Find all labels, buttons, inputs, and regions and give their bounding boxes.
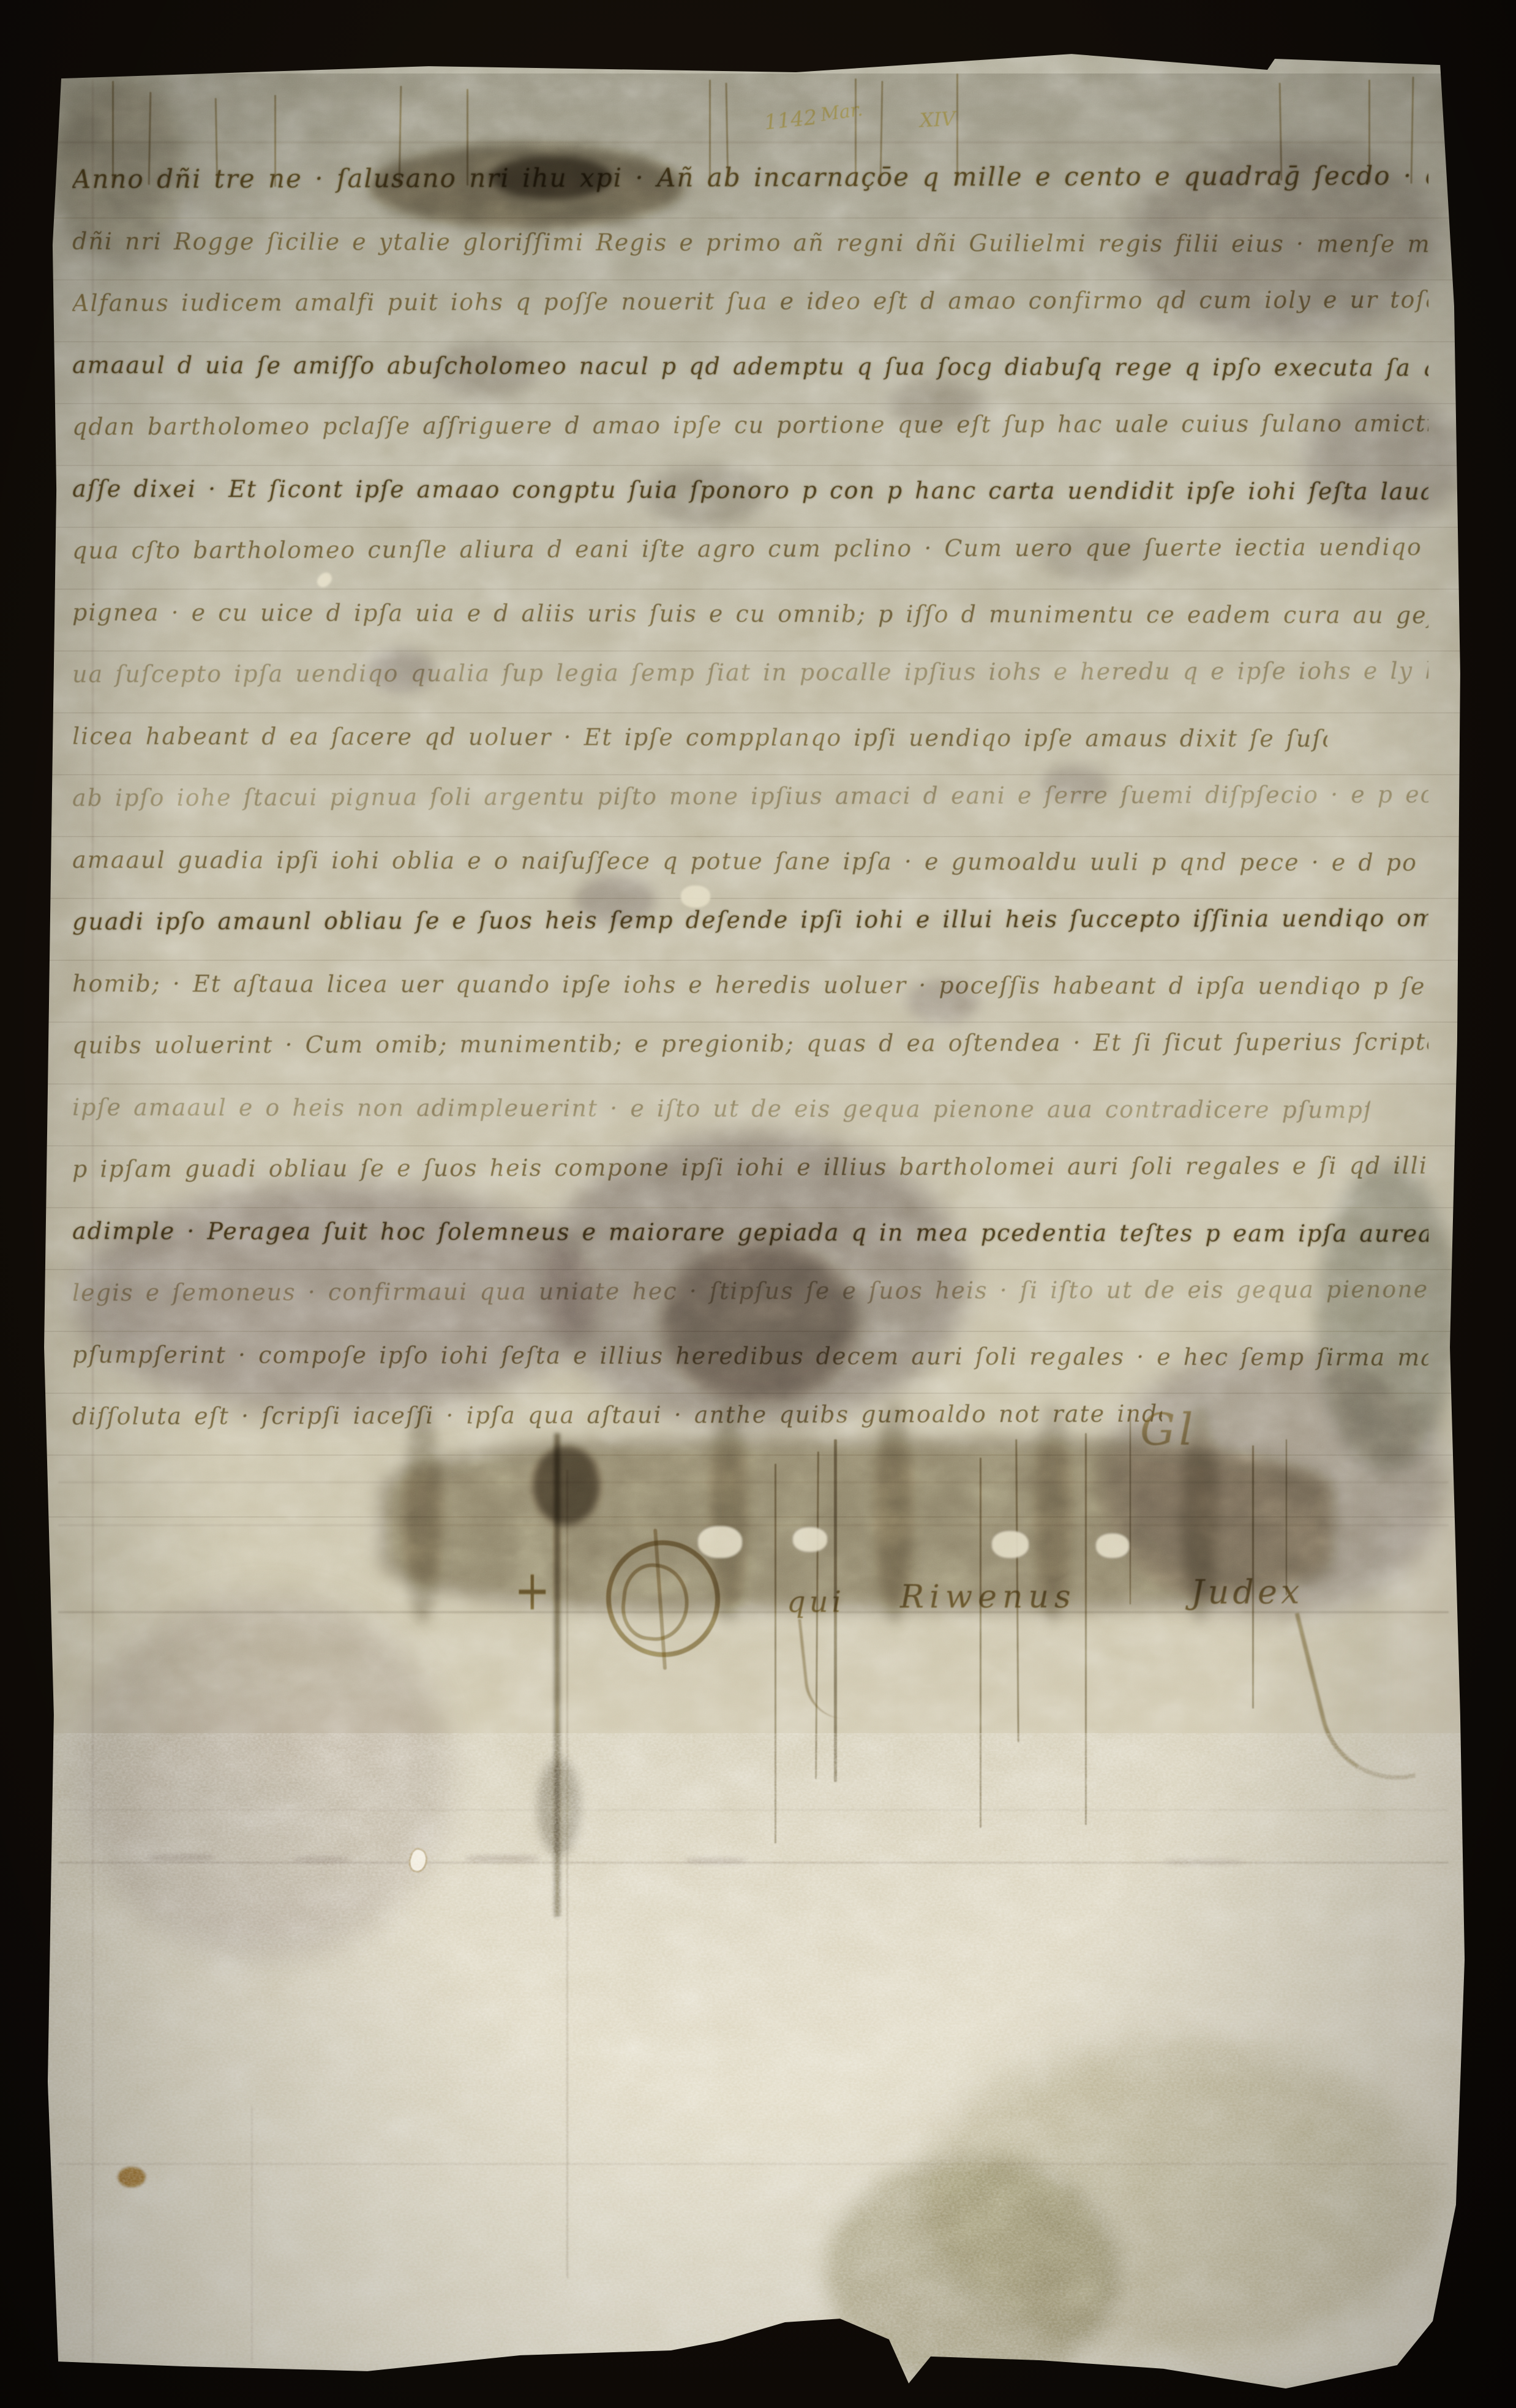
photo-background: 1142 Mar. XIV Anno dñi tre ne · ſalusano… <box>0 0 1516 2408</box>
parchment: 1142 Mar. XIV Anno dñi tre ne · ſalusano… <box>0 0 1516 2408</box>
parchment-edge-shadow <box>0 0 1516 2408</box>
